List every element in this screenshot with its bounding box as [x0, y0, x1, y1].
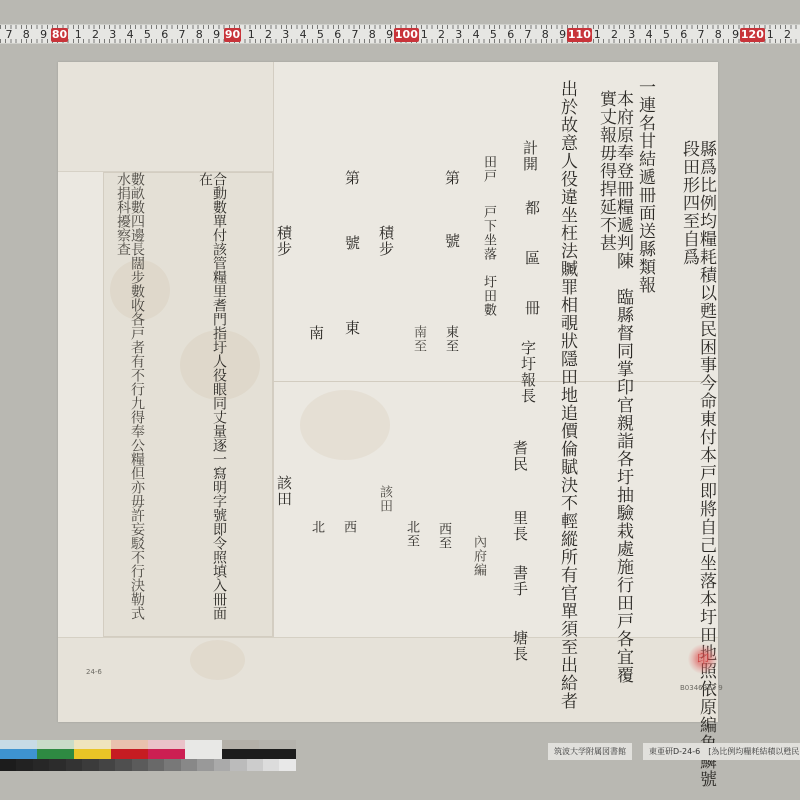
ruler-number: 1 — [590, 28, 604, 42]
ruler-number: 3 — [279, 28, 293, 42]
color-calibration-chart — [0, 740, 298, 780]
form-label-qu: 區 — [524, 250, 539, 266]
color-swatch — [74, 749, 111, 759]
text-column-4: 出於故意人役違坐枉法贓罪相覗狀隱田地追價倫賦決不輕縱所有官單須至出給者 — [558, 80, 575, 710]
ruler-number: 3 — [625, 28, 639, 42]
form-label-gaitian-2: 該田 — [378, 485, 391, 513]
ruler-number: 4 — [469, 28, 483, 42]
form-label-huxia-zuoluo: 戸下坐落 — [482, 205, 495, 261]
color-swatch — [222, 740, 259, 749]
ruler-number: 8 — [711, 28, 725, 42]
form-label-xizhi: 西至 — [437, 522, 450, 550]
stain — [300, 390, 390, 460]
form-label-shushou: 書手 — [512, 565, 527, 597]
form-label-tianhu: 田戸 — [482, 155, 495, 183]
color-swatch — [0, 749, 37, 759]
form-label-hao-2: 號 — [344, 235, 359, 251]
catalog-label: 東亜研D-24-6 [為比例均糧耗結積以甦民困事] — [643, 743, 800, 760]
left-panel-column-a: 合動數單付該管糧里耆門指圩人役眼同丈量逐一寫明字號即令照填入冊面在 — [198, 172, 226, 632]
stain — [190, 640, 245, 680]
ruler-number: 5 — [140, 28, 154, 42]
ruler-number: 6 — [677, 28, 691, 42]
form-label-zi-wei-bao-zhang: 字圩報長 — [520, 340, 535, 404]
color-chart-grayscale-row — [0, 759, 296, 771]
form-label-bei: 北 — [310, 520, 323, 534]
color-swatch — [185, 749, 222, 759]
form-label-gaitian: 該田 — [276, 475, 291, 507]
ruler-number: 1 — [417, 28, 431, 42]
color-swatch — [259, 740, 296, 749]
color-swatch — [82, 759, 98, 771]
ruler-number: 4 — [296, 28, 310, 42]
ruler-number: 6 — [504, 28, 518, 42]
ruler-number: 80 — [51, 28, 68, 42]
form-label-xi: 西 — [342, 520, 355, 534]
color-swatch — [222, 749, 259, 759]
form-label-neifu-bian: 內府編 — [472, 535, 485, 577]
color-swatch — [230, 759, 246, 771]
color-swatch — [185, 740, 222, 749]
color-swatch — [132, 759, 148, 771]
form-label-wei-tianshu: 圩田數 — [482, 275, 495, 317]
color-swatch — [0, 740, 37, 749]
ruler-number: 90 — [224, 28, 241, 42]
ruler-number: 4 — [123, 28, 137, 42]
document-overlay-top — [58, 62, 273, 172]
ruler-number: 8 — [538, 28, 552, 42]
ruler-number: 3 — [452, 28, 466, 42]
color-swatch — [148, 749, 185, 759]
form-label-hao: 號 — [444, 233, 459, 249]
form-label-nan: 南 — [308, 325, 323, 341]
color-swatch — [247, 759, 263, 771]
color-chart-light-row — [0, 740, 296, 749]
color-swatch — [49, 759, 65, 771]
form-label-qimin: 耆民 — [512, 440, 527, 472]
color-swatch — [197, 759, 213, 771]
form-label-du: 都 — [524, 200, 539, 216]
measurement-ruler: 7898012345678990123456789100123456789110… — [0, 24, 800, 44]
ruler-number: 1 — [763, 28, 777, 42]
form-label-jibu: 積步 — [276, 225, 291, 257]
color-swatch — [74, 740, 111, 749]
color-swatch — [148, 759, 164, 771]
fold-line-horizontal — [273, 381, 718, 382]
archive-note: 24-6 — [86, 668, 102, 676]
form-label-tangzhang: 塘長 — [512, 630, 527, 662]
ruler-number: 3 — [106, 28, 120, 42]
color-swatch — [0, 759, 16, 771]
ruler-number: 9 — [37, 28, 51, 42]
ruler-number: 7 — [694, 28, 708, 42]
ruler-number: 2 — [262, 28, 276, 42]
ruler-number: 7 — [175, 28, 189, 42]
ruler-number: 2 — [435, 28, 449, 42]
fold-line-vertical — [273, 62, 274, 637]
color-chart-saturated-row — [0, 749, 296, 759]
color-swatch — [111, 749, 148, 759]
form-label-lizhang: 里長 — [512, 510, 527, 542]
form-label-di-2: 第 — [344, 170, 359, 186]
ruler-number: 5 — [486, 28, 500, 42]
color-swatch — [37, 740, 74, 749]
color-swatch — [99, 759, 115, 771]
form-label-jikai: 計開 — [522, 140, 537, 172]
form-label-dong: 東 — [344, 320, 359, 336]
color-swatch — [16, 759, 32, 771]
ruler-number: 6 — [331, 28, 345, 42]
color-swatch — [214, 759, 230, 771]
color-swatch — [66, 759, 82, 771]
ruler-number: 1 — [71, 28, 85, 42]
text-column-2: 一連名甘結遞冊面送縣類報 — [636, 78, 653, 294]
text-column-1: 縣爲比例均糧耗積以甦民困事今命東付本戸即將自己坐落本圩田地照依原編魚鱗號段田形四… — [680, 140, 714, 800]
ruler-number: 100 — [394, 28, 419, 42]
ruler-number: 120 — [740, 28, 765, 42]
form-label-nanzhi: 南至 — [412, 325, 425, 353]
ruler-number: 1 — [244, 28, 258, 42]
form-label-beizhi: 北至 — [405, 520, 418, 548]
form-label-di: 第 — [444, 170, 459, 186]
color-swatch — [259, 749, 296, 759]
ruler-number: 110 — [567, 28, 592, 42]
color-swatch — [115, 759, 131, 771]
seal-glyph: 印 — [688, 650, 718, 667]
ruler-number: 7 — [521, 28, 535, 42]
form-label-ce: 冊 — [524, 300, 539, 316]
ruler-number: 8 — [365, 28, 379, 42]
ruler-number: 8 — [19, 28, 33, 42]
color-swatch — [33, 759, 49, 771]
color-swatch — [181, 759, 197, 771]
ruler-number: 6 — [158, 28, 172, 42]
color-swatch — [111, 740, 148, 749]
color-swatch — [37, 749, 74, 759]
form-label-jibu-2: 積步 — [378, 225, 393, 257]
ruler-number: 5 — [659, 28, 673, 42]
ruler-number: 7 — [348, 28, 362, 42]
ruler-number: 2 — [89, 28, 103, 42]
left-panel-column-b: 數畝數四邊長闊步數收各戸者有不行九得奉公糧但亦毋許妄駁不行決勒式水捐科擾察查 — [116, 172, 144, 632]
ruler-number: 2 — [608, 28, 622, 42]
color-swatch — [164, 759, 180, 771]
form-label-dongzhi: 東至 — [444, 325, 457, 353]
color-swatch — [279, 759, 295, 771]
ruler-number: 4 — [642, 28, 656, 42]
ruler-number: 9 — [210, 28, 224, 42]
library-label: 筑波大学附属図書館 — [548, 743, 632, 760]
color-swatch — [263, 759, 279, 771]
ruler-number: 5 — [313, 28, 327, 42]
ruler-number: 2 — [781, 28, 795, 42]
text-column-3: 本府原奉登冊糧遞判陳 臨縣督同掌印官親詣各圩抽驗栽處施行田戸各宜覆實丈報毋得捍延… — [597, 90, 631, 690]
ruler-number: 7 — [2, 28, 16, 42]
catalog-number: B0346923 9 — [680, 684, 723, 692]
color-swatch — [148, 740, 185, 749]
ruler-number: 8 — [192, 28, 206, 42]
